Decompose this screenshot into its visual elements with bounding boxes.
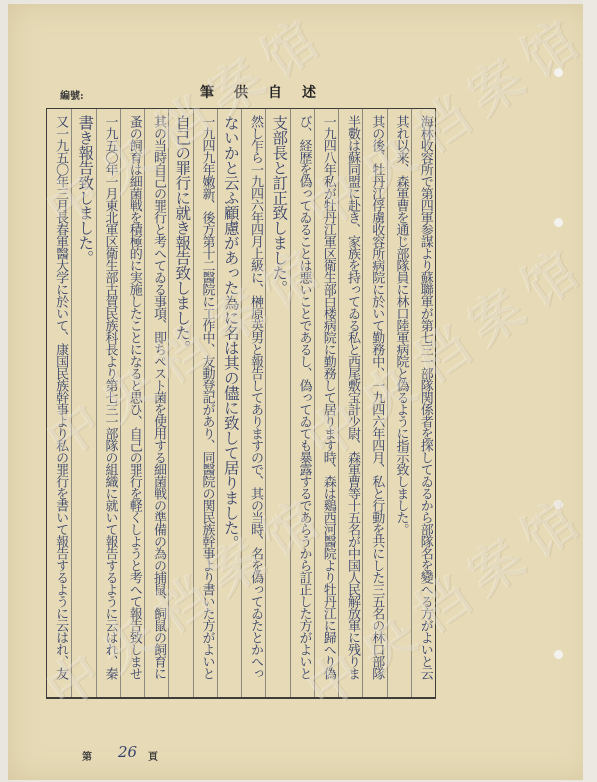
manuscript-grid: 海林收容所で第四軍参謀より蘇聯軍が第七三一部隊関係者を探してゐるから部隊名を變へ… bbox=[46, 108, 436, 699]
manuscript-column: 其れ以来、森軍曹を通じ部隊員に林口陸軍病院と偽るように指示致しました。 bbox=[387, 109, 411, 697]
manuscript-column: び、経歴を偽ってゐることは悪いことであるし、偽ってゐても暴露するであらうから訂正… bbox=[290, 109, 314, 697]
page-suffix: 頁 bbox=[148, 748, 158, 763]
handwritten-line: 一九四八年私が牡丹江軍区衛生部白楼病院に勤務して居ります時、森は鷄西河醫院より牡… bbox=[318, 115, 338, 689]
manuscript-column: 一九四八年私が牡丹江軍区衛生部白楼病院に勤務して居ります時、森は鷄西河醫院より牡… bbox=[314, 109, 338, 697]
manuscript-column: 其の後、牡丹江俘虜收容所病院に於いて勤務中、一九四六年四月、私と行動を共にした三… bbox=[362, 109, 386, 697]
handwritten-line: 一九四九年嫩新、後方第十二醫院に工作中、友動登記があり、同醫院の関民族幹事より書… bbox=[197, 115, 217, 689]
handwritten-line: 然し乍ら一九四六年四月上級に、榊原英男と報告してありますので、其の当時、名を偽っ… bbox=[245, 115, 265, 689]
punch-hole bbox=[554, 68, 563, 77]
punch-hole bbox=[554, 650, 563, 659]
handwritten-line: 半數は蘇同盟に赴き、家族を持ってゐる私と西尾敷宝計少尉、森軍曹等十五名が中国人民… bbox=[342, 115, 362, 689]
manuscript-column: 又一九五〇年三月長春軍醫大学に於いて、康国民族幹事より私の罪行を書いて報告するよ… bbox=[47, 109, 71, 697]
handwritten-line: 又一九五〇年三月長春軍醫大学に於いて、康国民族幹事より私の罪行を書いて報告するよ… bbox=[50, 115, 70, 689]
page-footer: 第 26 頁 bbox=[82, 748, 92, 763]
handwritten-line: 自己の罪行に就き報告致しました。 bbox=[172, 115, 192, 689]
punch-hole bbox=[554, 500, 563, 509]
manuscript-column: 其の当時自己の罪行と考へてゐる事項、即ちペスト菌を使用する細菌戦の準備の為の捕鼠… bbox=[144, 109, 168, 697]
scan-margin bbox=[583, 0, 597, 782]
manuscript-column: ないかと云ふ顧慮があった為に名は其の儘に致して居りました。 bbox=[217, 109, 241, 697]
punch-hole bbox=[554, 218, 563, 227]
manuscript-column: 一九四九年嫩新、後方第十二醫院に工作中、友動登記があり、同醫院の関民族幹事より書… bbox=[193, 109, 217, 697]
handwritten-line: 海林收容所で第四軍参謀より蘇聯軍が第七三一部隊関係者を探してゐるから部隊名を變へ… bbox=[415, 115, 435, 689]
handwritten-line: 其の後、牡丹江俘虜收容所病院に於いて勤務中、一九四六年四月、私と行動を共にした三… bbox=[366, 115, 386, 689]
page-prefix: 第 bbox=[82, 752, 92, 763]
page-number: 26 bbox=[118, 743, 137, 761]
manuscript-column: 半數は蘇同盟に赴き、家族を持ってゐる私と西尾敷宝計少尉、森軍曹等十五名が中国人民… bbox=[338, 109, 362, 697]
handwritten-line: 其れ以来、森軍曹を通じ部隊員に林口陸軍病院と偽るように指示致しました。 bbox=[391, 115, 411, 689]
handwritten-line: ないかと云ふ顧慮があった為に名は其の儘に致して居りました。 bbox=[221, 115, 241, 689]
form-title: 筆供自述 bbox=[200, 82, 400, 102]
manuscript-column: 書き報告致しました。 bbox=[71, 109, 95, 697]
manuscript-column: 自己の罪行に就き報告致しました。 bbox=[168, 109, 192, 697]
manuscript-column: 海林收容所で第四軍参謀より蘇聯軍が第七三一部隊関係者を探してゐるから部隊名を變へ… bbox=[411, 109, 435, 697]
handwritten-line: 支部長と訂正致しました。 bbox=[269, 115, 289, 689]
handwritten-line: 其の当時自己の罪行と考へてゐる事項、即ちペスト菌を使用する細菌戦の準備の為の捕鼠… bbox=[148, 115, 168, 689]
handwritten-line: び、経歴を偽ってゐることは悪いことであるし、偽ってゐても暴露するであらうから訂正… bbox=[294, 115, 314, 689]
manuscript-column: 然し乍ら一九四六年四月上級に、榊原英男と報告してありますので、其の当時、名を偽っ… bbox=[241, 109, 265, 697]
manuscript-column: 蚤の飼育は細菌戦を積極的に実施したことになると思ひ、自己の罪行を軽くしようと考へ… bbox=[120, 109, 144, 697]
handwritten-line: 一九五〇年一月東北軍区衛生部古賀民族科長より第七三一部隊の組織に就いて報告するよ… bbox=[100, 115, 120, 689]
form-number-label: 編號: bbox=[60, 87, 84, 102]
manuscript-column: 一九五〇年一月東北軍区衛生部古賀民族科長より第七三一部隊の組織に就いて報告するよ… bbox=[96, 109, 120, 697]
handwritten-line: 書き報告致しました。 bbox=[75, 115, 95, 689]
manuscript-column: 支部長と訂正致しました。 bbox=[265, 109, 289, 697]
handwritten-line: 蚤の飼育は細菌戦を積極的に実施したことになると思ひ、自己の罪行を軽くしようと考へ… bbox=[124, 115, 144, 689]
